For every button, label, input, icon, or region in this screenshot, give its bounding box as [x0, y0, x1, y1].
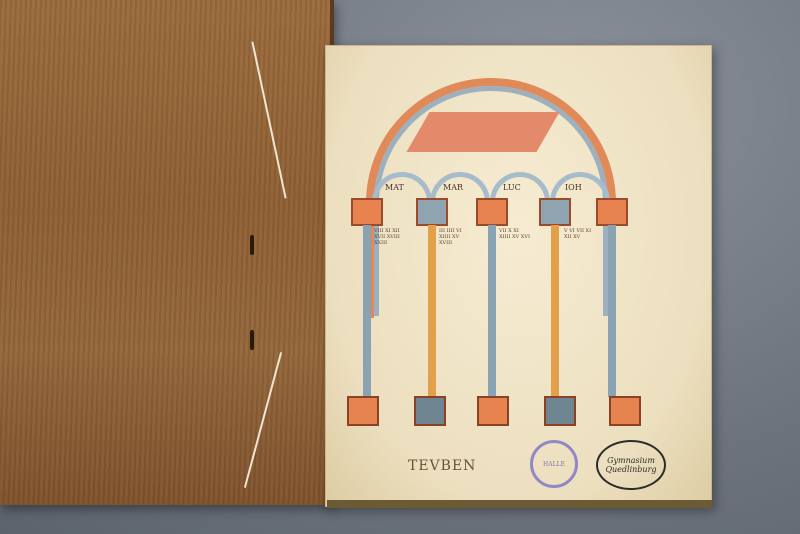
- capital: [351, 198, 383, 226]
- library-stamp: HALLE: [530, 440, 578, 488]
- page-edge: [327, 500, 712, 508]
- binding-hole: [250, 235, 254, 255]
- column-base: [477, 396, 509, 426]
- binding-hole: [250, 330, 254, 350]
- canon-column: III IIII VI XIIII XV XVIII: [439, 228, 471, 246]
- capital: [476, 198, 508, 226]
- heading-mat: MAT: [385, 183, 404, 192]
- capital: [596, 198, 628, 226]
- column: [363, 225, 371, 397]
- heading-mar: MAR: [443, 183, 463, 192]
- column-base: [544, 396, 576, 426]
- column: [551, 225, 559, 397]
- gymnasium-stamp: Gymnasium Quedlinburg: [596, 440, 666, 490]
- capital: [416, 198, 448, 226]
- canon-column: VIII XI XII XVII XVIII XXIII: [374, 228, 406, 246]
- roof-panel: [406, 112, 559, 152]
- column-base: [414, 396, 446, 426]
- capital: [539, 198, 571, 226]
- canon-column: V VI VII XI XII XV: [564, 228, 596, 240]
- column-base: [609, 396, 641, 426]
- wooden-cover: [0, 0, 334, 505]
- signature: TEVBEN: [408, 458, 476, 474]
- heading-ioh: IOH: [565, 183, 582, 192]
- heading-luc: LUC: [503, 183, 521, 192]
- column: [488, 225, 496, 397]
- column-base: [347, 396, 379, 426]
- column: [428, 225, 436, 397]
- column: [608, 225, 616, 397]
- canon-column: VII X XI XIIII XV XVI: [499, 228, 531, 240]
